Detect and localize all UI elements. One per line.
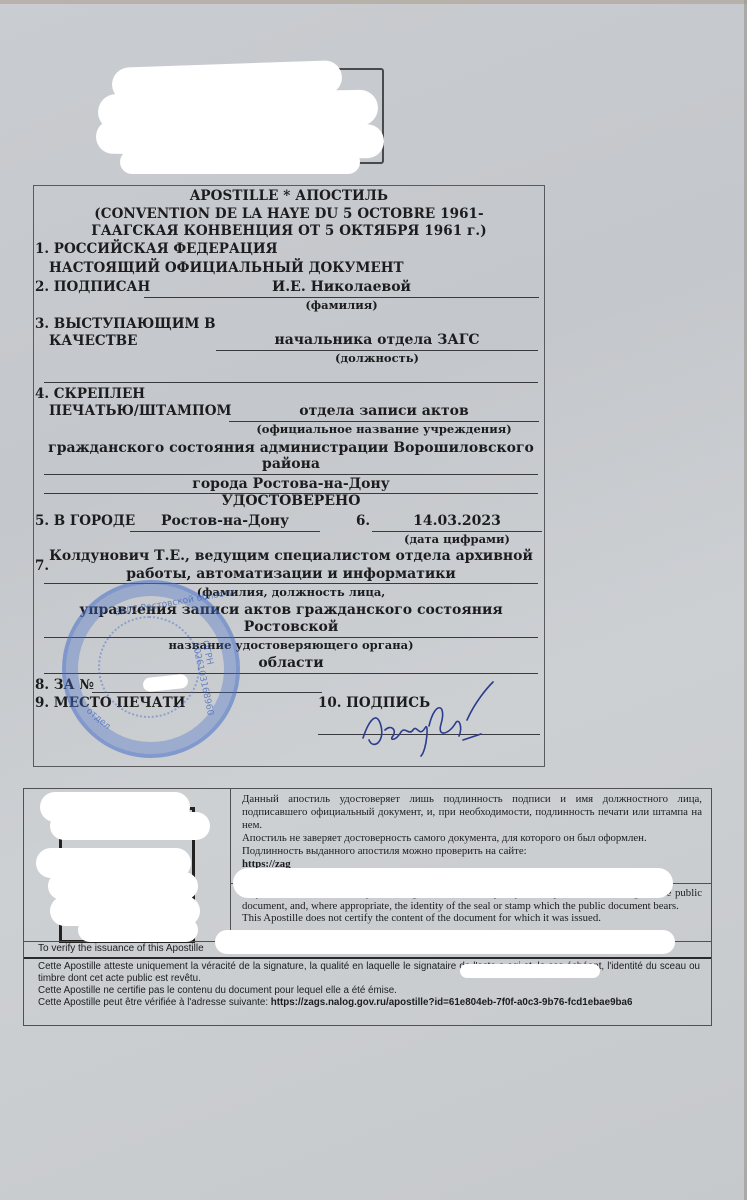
notice-fr-3: Cette Apostille peut être vérifiée à l'a… [38, 997, 268, 1008]
notice-fr-url[interactable]: https://zags.nalog.gov.ru/apostille?id=6… [271, 997, 633, 1008]
apostille-title: APOSTILLE * АПОСТИЛЬ [34, 188, 544, 204]
field-4-hint: (официальное название учреждения) [229, 422, 539, 436]
field-1-label: 1. РОССИЙСКАЯ ФЕДЕРАЦИЯ [35, 241, 278, 257]
notice-en-2: This Apostille does not certify the cont… [242, 912, 601, 924]
field-3-hint: (должность) [216, 351, 538, 365]
field-5-value: Ростов-на-Дону [130, 513, 320, 529]
convention-line-ru: ГААГСКАЯ КОНВЕНЦИЯ ОТ 5 ОКТЯБРЯ 1961 г.) [34, 223, 544, 239]
handwritten-signature [355, 680, 505, 760]
seal-emblem [98, 616, 200, 718]
redaction-url [460, 964, 600, 978]
redaction-url [215, 930, 675, 954]
field-2-label: 2. ПОДПИСАН [35, 279, 150, 295]
notice-fr-1: Cette Apostille atteste uniquement la vé… [38, 961, 700, 984]
field-6-hint: (дата цифрами) [372, 532, 542, 546]
field-3-label: 3. ВЫСТУПАЮЩИМ В [35, 316, 216, 332]
field-4-value-4: города Ростова-на-Дону [44, 476, 538, 492]
verify-en-text: To verify the issuance of this Apostille [38, 943, 204, 954]
field-6-label: 6. [356, 513, 370, 529]
redaction-qr [50, 812, 210, 840]
field-4-value-2: гражданского состояния администрации Вор… [44, 440, 538, 456]
field-2-hint: (фамилия) [144, 298, 539, 312]
notice-fr-2: Cette Apostille ne certifie pas le conte… [38, 985, 397, 996]
notice-ru-2: Апостиль не заверяет достоверность самог… [242, 832, 647, 844]
field-7-value-2: работы, автоматизации и информатики [44, 566, 538, 582]
redaction-qr [78, 918, 198, 942]
field-5-label: 5. В ГОРОДЕ [35, 513, 135, 529]
field-2-value: И.Е. Николаевой [144, 279, 539, 295]
field-3-value: начальника отдела ЗАГС [216, 332, 538, 348]
notice-ru-3: Подлинность выданного апостиля можно про… [242, 845, 527, 857]
notice-ru-1: Данный апостиль удостоверяет лишь подлин… [242, 793, 702, 831]
field-4-value-1: отдела записи актов [229, 403, 539, 419]
redaction-top [120, 150, 360, 174]
paper-top-edge [0, 0, 747, 4]
field-3-label-b: КАЧЕСТВЕ [49, 333, 137, 349]
field-6-value: 14.03.2023 [372, 513, 542, 529]
notice-fr: Cette Apostille atteste uniquement la vé… [38, 961, 700, 1009]
redaction-url [233, 868, 673, 898]
field-4-label-b: ПЕЧАТЬЮ/ШТАМПОМ [49, 403, 231, 419]
seal-text-bottom: отдел [84, 706, 112, 732]
notice-ru: Данный апостиль удостоверяет лишь подлин… [242, 793, 702, 871]
field-4-label: 4. СКРЕПЛЕН [35, 386, 145, 402]
field-4-value-3: района [44, 456, 538, 472]
certified-heading: УДОСТОВЕРЕНО [44, 493, 538, 509]
field-7-value-1: Колдунович Т.Е., ведущим специалистом от… [44, 548, 538, 564]
field-1-sub: НАСТОЯЩИЙ ОФИЦИАЛЬНЫЙ ДОКУМЕНТ [49, 260, 404, 276]
official-seal: ЗАГС Ростовской области ОГРН 10261031689… [62, 580, 240, 758]
convention-line-fr: (CONVENTION DE LA HAYE DU 5 OCTOBRE 1961… [34, 206, 544, 222]
